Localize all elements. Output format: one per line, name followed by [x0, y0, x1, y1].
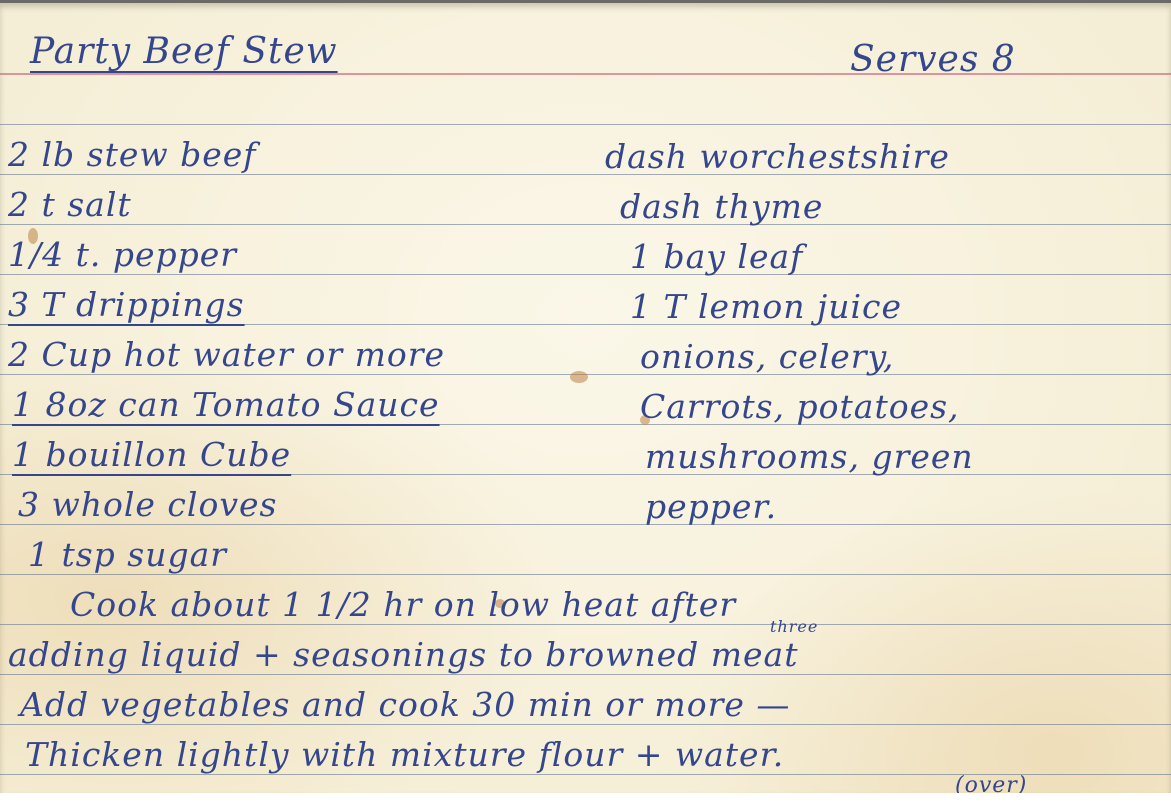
ruled-line [0, 274, 1171, 275]
ruled-line [0, 224, 1171, 225]
ingredient-item: 1 T lemon juice [630, 287, 902, 326]
ruled-line [0, 724, 1171, 725]
ruled-line [0, 324, 1171, 325]
ruled-line [0, 174, 1171, 175]
instruction-line: Thicken lightly with mixture flour + wat… [25, 735, 784, 774]
inserted-note: three [770, 617, 818, 636]
stain [570, 371, 588, 383]
ingredient-item: pepper. [645, 487, 777, 526]
ingredient-item: Carrots, potatoes, [640, 387, 960, 426]
ingredient-item: onions, celery, [640, 337, 894, 376]
ingredient-item: 3 T drippings [8, 285, 245, 324]
ingredient-item: 1 tsp sugar [28, 535, 227, 574]
ingredient-item: 1 bouillon Cube [12, 435, 291, 474]
ingredient-item: mushrooms, green [645, 437, 974, 476]
ruled-line [0, 474, 1171, 475]
ingredient-item: 3 whole cloves [18, 485, 277, 524]
ingredient-item: 2 lb stew beef [8, 135, 257, 174]
ingredient-item: 2 t salt [8, 185, 132, 224]
ingredient-item: 1/4 t. pepper [8, 235, 237, 274]
ruled-line [0, 574, 1171, 575]
instruction-line: Cook about 1 1/2 hr on low heat after [70, 585, 736, 624]
recipe-title: Party Beef Stew [30, 31, 338, 72]
ruled-line [0, 674, 1171, 675]
ingredient-item: dash worchestshire [605, 137, 950, 176]
ingredient-item: 1 bay leaf [630, 237, 803, 276]
ruled-line [0, 524, 1171, 525]
over-note: (over) [955, 773, 1027, 793]
ruled-line [0, 624, 1171, 625]
ingredient-item: dash thyme [620, 187, 823, 226]
instruction-line: adding liquid + seasonings to browned me… [8, 635, 798, 674]
instruction-line: Add vegetables and cook 30 min or more — [20, 685, 790, 724]
ingredient-item: 2 Cup hot water or more [8, 335, 445, 374]
ruled-line [0, 124, 1171, 125]
ruled-line [0, 424, 1171, 425]
servings: Serves 8 [850, 39, 1016, 80]
ingredient-item: 1 8oz can Tomato Sauce [12, 385, 440, 424]
recipe-card: Party Beef Stew Serves 8 2 lb stew beef … [0, 0, 1171, 793]
